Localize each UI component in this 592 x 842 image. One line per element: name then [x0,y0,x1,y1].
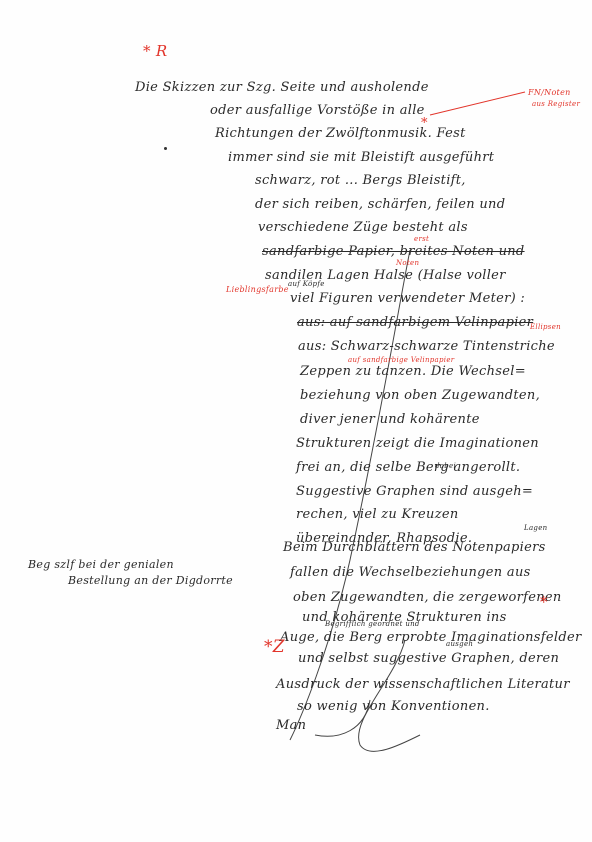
line-3: Richtungen der Zwölftonmusik. Fest [215,126,466,141]
insert-begrifflich: Begrifflich geordnet und [325,620,420,628]
line-25: Auge, die Berg erprobte Imaginationsfeld… [280,630,581,645]
line-7: verschiedene Züge besteht als [258,220,468,235]
line-6: der sich reiben, schärfen, feilen und [255,197,505,212]
marker-z: *Z [264,637,285,657]
insert-lagen: Lagen [524,524,547,532]
insert-ausgeh: ausgeh [446,640,473,648]
insert-erst: erst [414,235,429,243]
line-5: schwarz, rot ... Bergs Bleistift, [255,173,466,188]
line-8: sandfarbige Papier, breites Noten und [262,244,525,259]
line-21: Beim Durchblättern des Notenpapiers [283,540,546,555]
line-13: Zeppen zu tanzen. Die Wechsel= [300,364,526,379]
line-27: Ausdruck der wissenschaftlichen Literatu… [276,677,570,692]
bullet-dot [164,147,167,150]
line-12: aus: Schwarz-schwarze Tintenstriche [298,339,555,354]
line-19: rechen, viel zu Kreuzen [296,507,459,522]
line-26: und selbst suggestive Graphen, deren [298,651,559,666]
line-1: Die Skizzen zur Szg. Seite und ausholend… [135,80,429,95]
side-note-2: Bestellung an der Digdorrte [68,574,233,587]
line-10: viel Figuren verwendeter Meter) : [290,291,525,306]
insert-velin: auf sandfarbige Velinpapier [348,356,454,364]
line-29: Man [276,718,306,733]
line-16: Strukturen zeigt die Imaginationen [296,436,539,451]
margin-note-right-1: FN/Noten [528,88,571,97]
line-11: aus: auf sandfarbigem Velinpapier [297,315,533,330]
line-18: Suggestive Graphen sind ausgeh= [296,484,533,499]
line-4: immer sind sie mit Bleistift ausgeführt [228,150,494,165]
line-22: fallen die Wechselbeziehungen aus [290,565,531,580]
insert-koepfe: auf Köpfe [288,280,325,288]
line-15: diver jener und kohärente [300,412,480,427]
marker-mid: * [540,593,548,611]
line-2: oder ausfallige Vorstöße in alle [210,103,425,118]
insert-noten: Noten [396,259,419,267]
margin-note-right-2: aus Register [532,100,580,108]
line-17: frei an, die selbe Berg angerollt. [296,460,520,475]
line-14: beziehung von oben Zugewandten, [300,388,540,403]
marker-top: * R [143,42,167,60]
line-23: oben Zugewandten, die zergeworfenen [293,590,562,605]
side-note-1: Beg szlf bei der genialen [28,558,174,571]
manuscript-page: * R FN/Noten aus Register Die Skizzen zu… [0,0,592,842]
insert-ellipsen: Ellipsen [530,323,561,331]
line-28: so wenig von Konventionen. [297,699,490,714]
asterisk: * [421,116,428,131]
margin-note-left: Lieblingsfarbe [226,285,289,294]
insert-dabei: dabei [435,462,456,470]
